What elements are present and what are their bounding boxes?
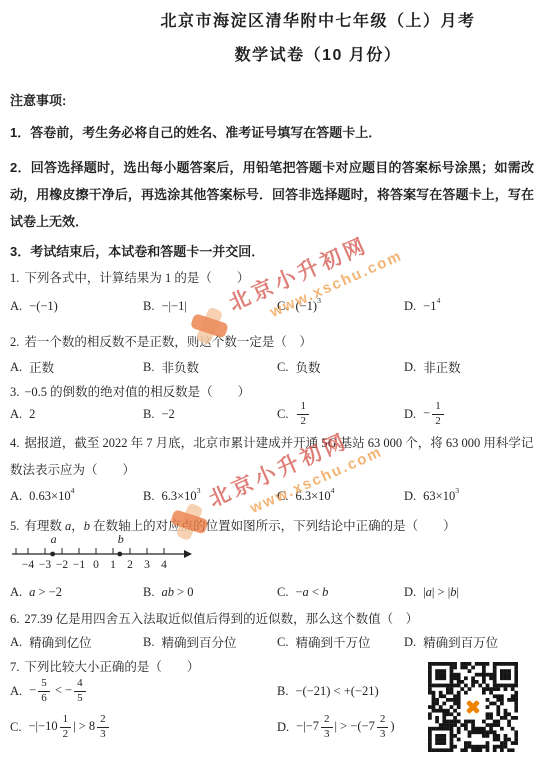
option-label: C. (277, 360, 288, 375)
option-value: 12 (295, 401, 311, 427)
q3-option-b: B.−2 (143, 407, 277, 422)
option-label: B. (143, 299, 154, 314)
q1-option-d: D.−14 (404, 299, 538, 314)
question-4-text: 据报道，截至 2022 年 7 月底，北京市累计建成并开通 5G 基站 63 0… (10, 436, 533, 477)
q5-option-a: A.a > −2 (10, 585, 143, 600)
option-label: A. (10, 489, 22, 504)
q4-option-a: A.0.63×104 (10, 489, 143, 504)
option-value: 精确到百万位 (423, 633, 498, 651)
q1-option-c: C.(−1)3 (277, 299, 404, 314)
option-label: D. (404, 407, 416, 422)
q5-option-b: B.ab > 0 (143, 585, 277, 600)
svg-text:a: a (51, 533, 57, 546)
option-label: A. (10, 360, 22, 375)
option-value: 精确到千万位 (295, 633, 370, 651)
option-value: 2 (29, 407, 35, 422)
q4-option-b: B.6.3×103 (143, 489, 277, 504)
option-label: B. (143, 635, 154, 650)
option-label: B. (143, 360, 154, 375)
option-value: 6.3×104 (295, 489, 334, 504)
question-5-text: 有理数 a，b 在数轴上的对应点的位置如图所示，下列结论中正确的是（ ） (24, 519, 455, 533)
option-value: −|−723| > −(−723) (296, 714, 394, 740)
option-value: −14 (423, 299, 440, 314)
question-2-text: 若一个数的相反数不是正数，则这个数一定是（ ） (24, 335, 312, 349)
option-value: −(−1) (29, 299, 58, 314)
q5-option-d: D.|a| > |b| (404, 585, 538, 600)
question-7-text: 下列比较大小正确的是（ ） (24, 660, 199, 674)
question-6-text: 27.39 亿是用四舍五入法取近似值后得到的近似数，那么这个数值（ ） (24, 612, 418, 626)
option-label: B. (277, 684, 288, 699)
option-label: D. (404, 299, 416, 314)
q6-option-a: A.精确到亿位 (10, 633, 143, 651)
option-value: 非负数 (161, 358, 199, 376)
number-line-figure: −4−3−2−101234ab (8, 533, 208, 577)
option-value: −2 (161, 407, 174, 422)
svg-text:−4: −4 (22, 559, 34, 571)
option-label: D. (404, 360, 416, 375)
q2-option-c: C.负数 (277, 358, 404, 376)
option-label: D. (277, 720, 289, 735)
question-4-number: 4. (10, 436, 19, 450)
question-1-options: A.−(−1) B.−|−1| C.(−1)3 D.−14 (10, 293, 538, 319)
option-value: −a < b (295, 585, 328, 600)
q6-option-c: C.精确到千万位 (277, 633, 404, 651)
option-label: C. (277, 407, 288, 422)
option-label: B. (143, 489, 154, 504)
exam-title: 北京市海淀区清华附中七年级（上）月考 (10, 8, 534, 31)
svg-text:b: b (118, 533, 124, 546)
question-6-stem: 6.27.39 亿是用四舍五入法取近似值后得到的近似数，那么这个数值（ ） (10, 606, 534, 633)
q5-option-c: C.−a < b (277, 585, 404, 600)
q2-option-d: D.非正数 (404, 358, 538, 376)
xschu-qr-code (428, 662, 518, 752)
svg-text:−2: −2 (56, 559, 68, 571)
question-3-options: A.2 B.−2 C.12 D.−12 (10, 398, 538, 430)
option-value: −(−21) < +(−21) (295, 684, 378, 699)
option-label: C. (277, 585, 288, 600)
question-4-stem: 4.据报道，截至 2022 年 7 月底，北京市累计建成并开通 5G 基站 63… (10, 430, 534, 484)
option-label: C. (10, 720, 21, 735)
question-7-number: 7. (10, 660, 19, 674)
option-value: −56 < −45 (29, 678, 87, 704)
option-value: ab > 0 (161, 585, 193, 600)
exam-paper-page: 北京市海淀区清华附中七年级（上）月考 数学试卷（10 月份） 注意事项: 1．答… (0, 0, 542, 765)
option-value: 非正数 (423, 358, 461, 376)
q3-option-d: D.−12 (404, 401, 538, 427)
option-label: C. (277, 635, 288, 650)
option-label: A. (10, 407, 22, 422)
option-label: A. (10, 635, 22, 650)
option-label: D. (404, 635, 416, 650)
option-value: 精确到亿位 (29, 633, 92, 651)
option-value: −|−1| (161, 299, 186, 314)
svg-text:3: 3 (144, 559, 150, 571)
q6-option-b: B.精确到百分位 (143, 633, 277, 651)
question-5-number: 5. (10, 519, 19, 533)
q2-option-a: A.正数 (10, 358, 143, 376)
option-value: 63×103 (423, 489, 459, 504)
svg-text:−3: −3 (39, 559, 51, 571)
svg-text:0: 0 (93, 559, 99, 571)
question-2-number: 2. (10, 335, 19, 349)
option-label: C. (277, 489, 288, 504)
instruction-2: 2．回答选择题时，选出每小题答案后，用铅笔把答题卡对应题目的答案标号涂黑；如需改… (10, 154, 534, 235)
q2-option-b: B.非负数 (143, 358, 277, 376)
option-value: |a| > |b| (423, 585, 459, 600)
option-label: C. (277, 299, 288, 314)
exam-subtitle: 数学试卷（10 月份） (10, 42, 534, 65)
option-label: D. (404, 489, 416, 504)
q7-option-c: C.−|−1012| > 823 (10, 714, 277, 740)
option-value: 正数 (29, 358, 54, 376)
instruction-1: 1．答卷前，考生务必将自己的姓名、准考证号填写在答题卡上． (10, 119, 534, 146)
question-1-stem: 1.下列各式中，计算结果为 1 的是（ ） (10, 265, 534, 292)
option-value: −12 (423, 401, 446, 427)
q6-option-d: D.精确到百万位 (404, 633, 538, 651)
option-value: 0.63×104 (29, 489, 74, 504)
question-3-number: 3. (10, 385, 19, 399)
q4-option-d: D.63×103 (404, 489, 538, 504)
question-2-options: A.正数 B.非负数 C.负数 D.非正数 (10, 356, 538, 378)
option-label: B. (143, 585, 154, 600)
option-label: B. (143, 407, 154, 422)
q4-option-c: C.6.3×104 (277, 489, 404, 504)
q1-option-b: B.−|−1| (143, 299, 277, 314)
option-value: (−1)3 (295, 299, 321, 314)
option-value: −|−1012| > 823 (28, 714, 110, 740)
question-2-stem: 2.若一个数的相反数不是正数，则这个数一定是（ ） (10, 329, 534, 356)
option-value: a > −2 (29, 585, 62, 600)
q3-option-c: C.12 (277, 401, 404, 427)
option-value: 6.3×103 (161, 489, 200, 504)
question-5-options: A.a > −2 B.ab > 0 C.−a < b D.|a| > |b| (10, 580, 538, 604)
option-value: 负数 (295, 358, 320, 376)
option-label: A. (10, 299, 22, 314)
instruction-3: 3．考试结束后，本试卷和答题卡一并交回． (10, 238, 534, 265)
svg-text:1: 1 (110, 559, 116, 571)
q3-option-a: A.2 (10, 407, 143, 422)
question-3-text: −0.5 的倒数的绝对值的相反数是（ ） (24, 385, 250, 399)
question-6-number: 6. (10, 612, 19, 626)
option-label: A. (10, 684, 22, 699)
question-1-number: 1. (10, 271, 19, 285)
option-label: A. (10, 585, 22, 600)
option-label: D. (404, 585, 416, 600)
svg-text:−1: −1 (73, 559, 85, 571)
option-value: 精确到百分位 (161, 633, 236, 651)
svg-text:2: 2 (127, 559, 133, 571)
question-1-text: 下列各式中，计算结果为 1 的是（ ） (24, 271, 249, 285)
svg-text:4: 4 (161, 559, 167, 571)
question-4-options: A.0.63×104 B.6.3×103 C.6.3×104 D.63×103 (10, 484, 538, 508)
notice-heading: 注意事项: (10, 90, 534, 109)
q1-option-a: A.−(−1) (10, 299, 143, 314)
question-6-options: A.精确到亿位 B.精确到百分位 C.精确到千万位 D.精确到百万位 (10, 631, 538, 653)
q7-option-a: A.−56 < −45 (10, 678, 277, 704)
